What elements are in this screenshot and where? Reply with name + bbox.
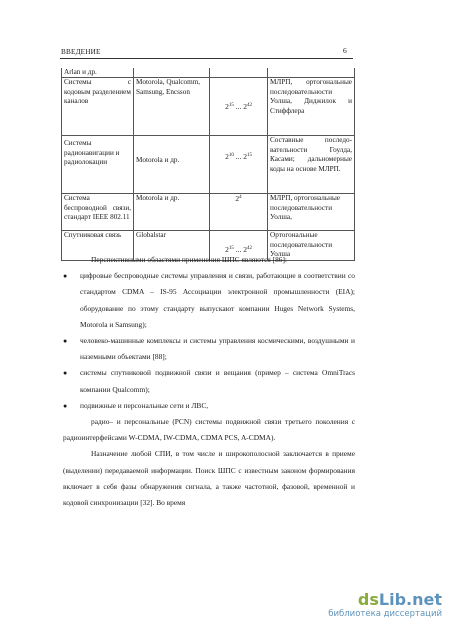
table-cell-size: 215 ... 242 (210, 78, 268, 136)
table-cell-system: Системы радионавигации и радиолокации (62, 136, 134, 194)
dslib-logo: dsLib.net (330, 591, 450, 608)
table-cell-size (210, 68, 268, 78)
table-cell-codes (268, 68, 355, 78)
table-cell-manufacturers (134, 68, 210, 78)
bullet-icon: ● (63, 268, 67, 284)
bullet-icon: ● (63, 365, 67, 381)
body-text: Перспективными областями применения ШПС … (63, 252, 355, 511)
table-cell-codes: Составные последо-вательности Гоулда, Ка… (268, 136, 355, 194)
sequence-length: 215 ... 242 (225, 102, 252, 111)
table-cell-manufacturers: Motorola и др. (134, 194, 210, 231)
sequence-length: 210 ... 215 (225, 152, 252, 161)
intro-paragraph: Перспективными областями применения ШПС … (63, 252, 355, 268)
dslib-tagline: библиотека диссертаций (328, 609, 442, 619)
running-header: ВВЕДЕНИЕ 6 (60, 47, 353, 59)
sequence-length: 24 (235, 194, 241, 203)
dslib-watermark: dsLib.net библиотека диссертаций (330, 591, 450, 608)
bullet-item: ● цифровые беспроводные системы управлен… (63, 268, 355, 333)
table-cell-manufacturers: Motorola и др. (134, 136, 210, 194)
bullet-item: ● системы спутниковой подвижной связи и … (63, 365, 355, 397)
bullet-item: ● подвижные и персональные сети и ЛВС, (63, 398, 355, 414)
table-row: Системы радионавигации и радиолокации Mo… (62, 136, 355, 194)
spread-spectrum-systems-table: Arlan и др. Системы с кодовым разделение… (61, 68, 355, 261)
table-cell-codes: МЛРП, ортогональные последовательности У… (268, 194, 355, 231)
table-row: Системы с кодовым разделением каналов Mo… (62, 78, 355, 136)
table-row: Arlan и др. (62, 68, 355, 78)
table-cell-manufacturers: Motorola, Qualcomm, Samsung, Encsson (134, 78, 210, 136)
table-cell-codes: МЛРП, ортогональные последовательности У… (268, 78, 355, 136)
table-cell-size: 210 ... 215 (210, 136, 268, 194)
table-cell-system: Система беспроводной связи, стандарт IEE… (62, 194, 134, 231)
chapter-title: ВВЕДЕНИЕ (61, 48, 101, 56)
document-page: ВВЕДЕНИЕ 6 Arlan и др. Системы с кодовым… (0, 0, 450, 637)
bullet-icon: ● (63, 333, 67, 349)
bullet-item: ● человеко-машинные комплексы и системы … (63, 333, 355, 365)
system-first-line: Системы с (64, 78, 131, 87)
purpose-paragraph: Назначение любой СПИ, в том числе и широ… (63, 446, 355, 511)
table-cell-size: 24 (210, 194, 268, 231)
table-cell-system: Arlan и др. (62, 68, 134, 78)
table-cell-system: Системы с кодовым разделением каналов (62, 78, 134, 136)
bullet-icon: ● (63, 398, 67, 414)
table-row: Система беспроводной связи, стандарт IEE… (62, 194, 355, 231)
radio-paragraph: радио– и персональные (PCN) системы подв… (63, 414, 355, 446)
page-number: 6 (343, 46, 347, 55)
